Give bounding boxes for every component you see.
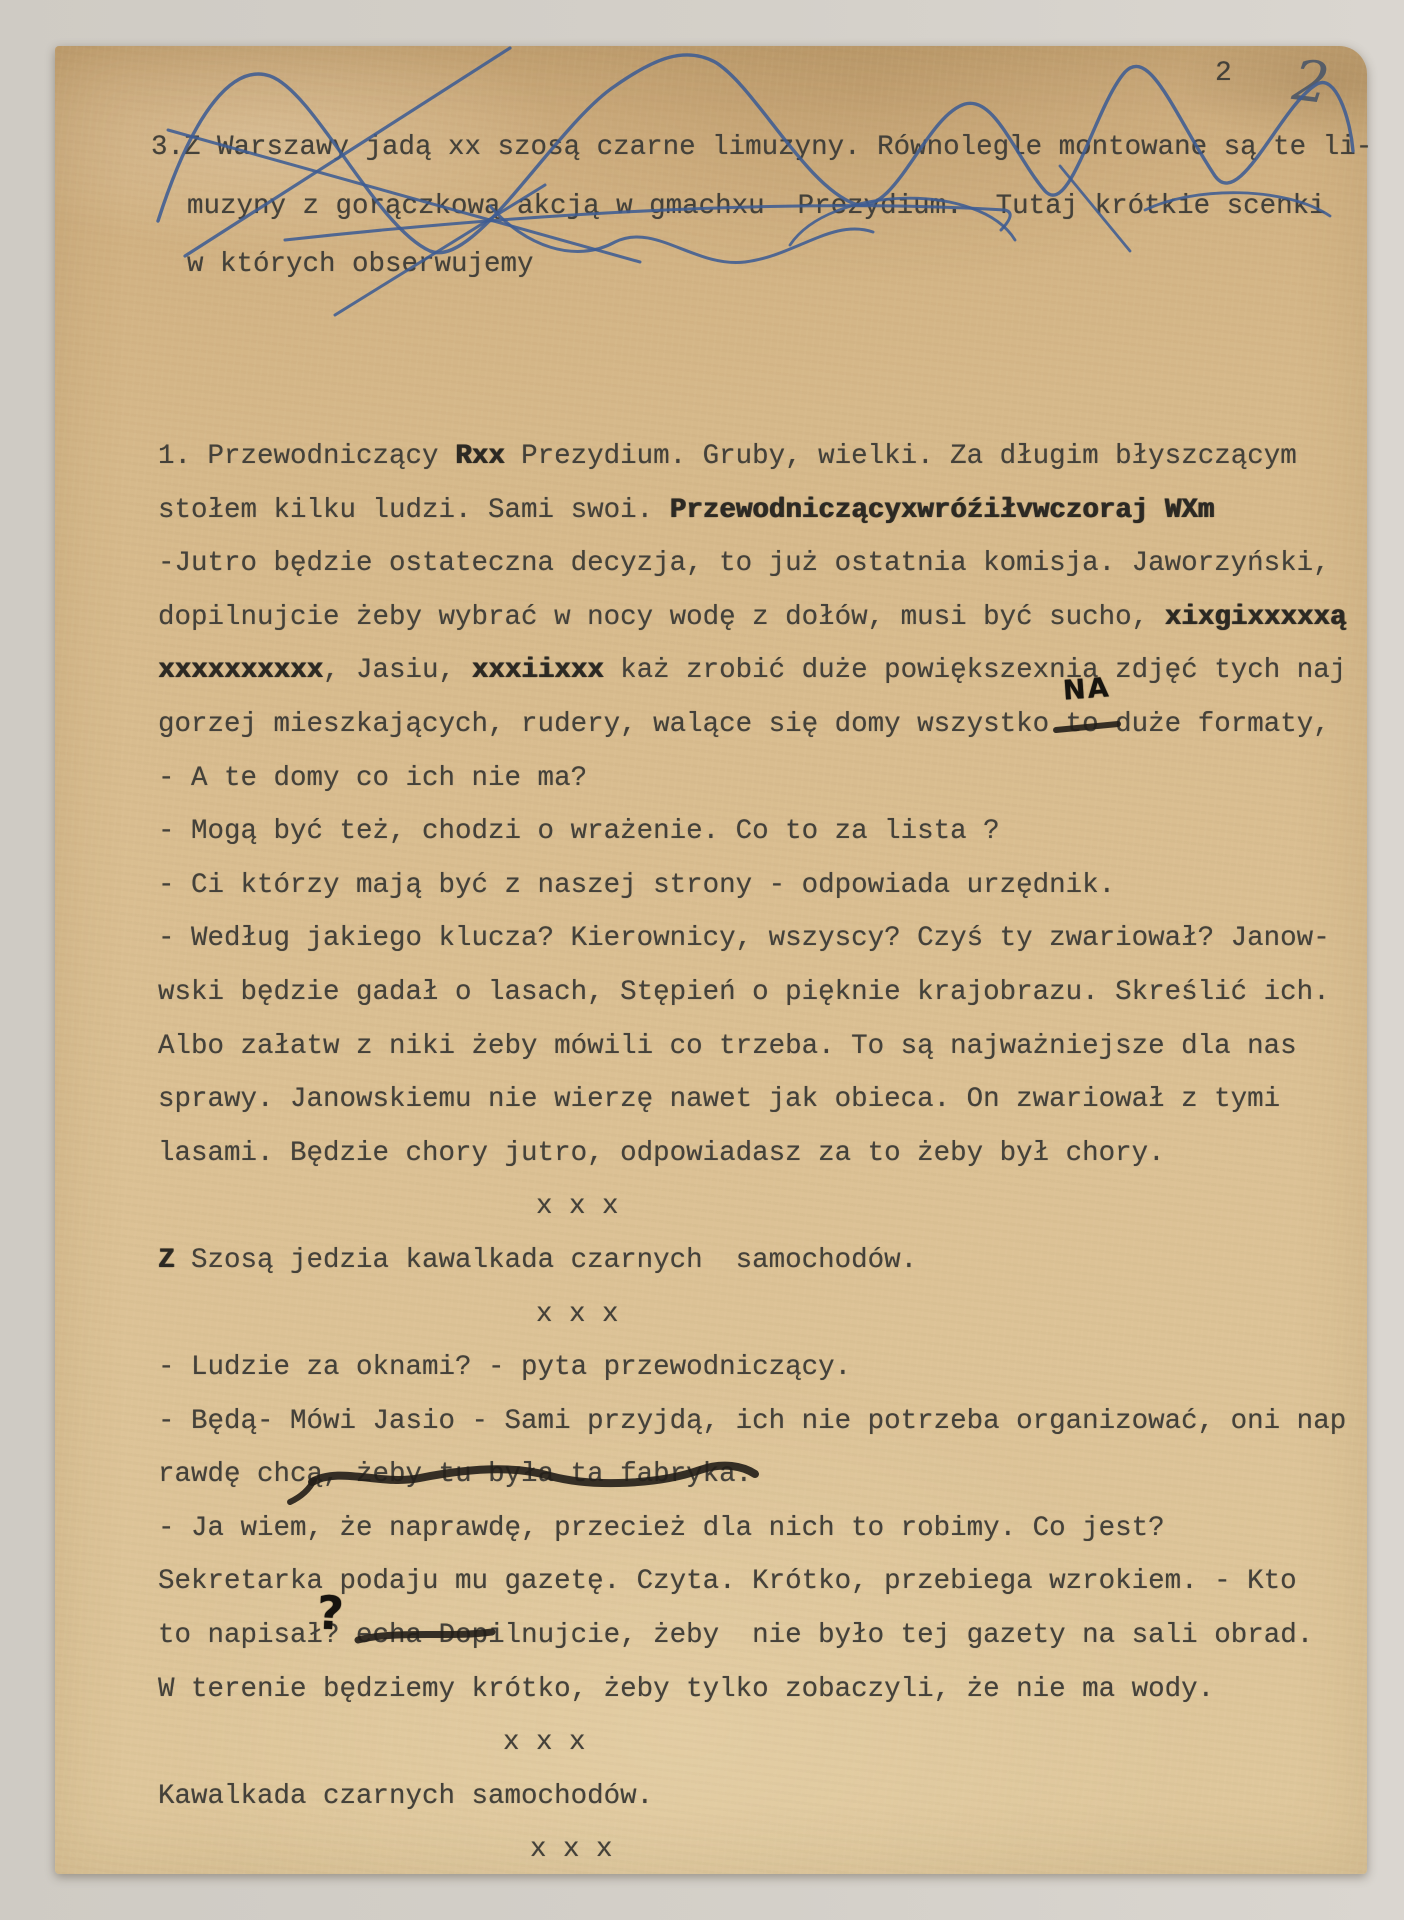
typed-line: sprawy. Janowskiemu nie wierzę nawet jak… [158,1084,1346,1138]
separator-xxx: x x x [158,1834,1346,1888]
typed-segment: , Jasiu, [323,655,472,686]
overtyped-segment: Z [158,1245,175,1276]
typed-line: wski będzie gadał o lasach, Stępień o pi… [158,977,1346,1031]
typed-segment: każ zrobić duże powiększexnia zdjęć tych… [604,655,1347,686]
typed-line: - A te domy co ich nie ma? [158,763,1346,817]
typed-segment: stołem kilku ludzi. Sami swoi. [158,495,670,526]
typed-line: rawdę chcą, żeby tu była ta fabryka. [158,1459,1346,1513]
overtyped-segment: xxxxxxxxxx [158,655,323,686]
typed-segment: dopilnujcie żeby wybrać w nocy wodę z do… [158,602,1165,633]
typed-segment: Dopilnujcie, żeby nie było tej gazety na… [422,1620,1313,1651]
typed-line: - Według jakiego klucza? Kierownicy, wsz… [158,923,1346,977]
typed-line: lasami. Będzie chory jutro, odpowiadasz … [158,1138,1346,1192]
intro-paragraph: 3.Z Warszawy jadą xx szosą czarne limuzy… [151,132,1372,308]
handwritten-page-number: 2 [1289,48,1332,117]
typed-segment: 1. Przewodniczący [158,441,455,472]
typed-line: - Ci którzy mają być z naszej strony - o… [158,870,1346,924]
handwritten-question-mark: ? [316,1585,345,1640]
typed-segment: rawdę chcą, [158,1459,356,1490]
typed-segment: duże formaty, [1099,709,1330,740]
overtyped-segment: xxxiixxx [472,655,604,686]
typed-line: - Ja wiem, że naprawdę, przecież dla nic… [158,1513,1346,1567]
typed-line: xxxxxxxxxx, Jasiu, xxxiixxx każ zrobić d… [158,655,1346,709]
typed-segment: gorzej mieszkających, rudery, walące się… [158,709,1066,740]
typed-line: W terenie będziemy krótko, żeby tylko zo… [158,1674,1346,1728]
typed-segment: Szosą jedzia kawalkada czarnych samochod… [175,1245,918,1276]
typed-segment: Prezydium. Gruby, wielki. Za długim błys… [505,441,1297,472]
typed-line: dopilnujcie żeby wybrać w nocy wodę z do… [158,602,1346,656]
typed-line: Kawalkada czarnych samochodów. [158,1781,1346,1835]
overtyped-segment: Przewodniczącyxwróźiłvwczoraj WXm [670,495,1215,526]
paper: 2 2 3.Z Warszawy jadą xx szosą czarne li… [55,46,1367,1874]
body-paragraph: 1. Przewodniczący Rxx Prezydium. Gruby, … [158,441,1346,1888]
separator-xxx: x x x [158,1299,1346,1353]
overtyped-segment: xixgixxxxxą [1165,602,1347,633]
typed-line: muzyny z gorączkową akcją w gmachxu Prez… [151,191,1372,250]
typed-line: stołem kilku ludzi. Sami swoi. Przewodni… [158,495,1346,549]
typed-line: - Będą- Mówi Jasio - Sami przyjdą, ich n… [158,1406,1346,1460]
separator-xxx: x x x [158,1191,1346,1245]
typed-line: 3.Z Warszawy jadą xx szosą czarne limuzy… [151,132,1372,191]
typed-line: 1. Przewodniczący Rxx Prezydium. Gruby, … [158,441,1346,495]
typed-line: Z Szosą jedzia kawalkada czarnych samoch… [158,1245,1346,1299]
typed-line: - Ludzie za oknami? - pyta przewodnicząc… [158,1352,1346,1406]
pen-struck-segment: żeby tu była ta fabryka. [356,1459,752,1490]
handwritten-na-insertion: NA [1062,672,1112,706]
pen-struck-segment: to [1066,709,1099,740]
typed-line: -Jutro będzie ostateczna decyzja, to już… [158,548,1346,602]
typed-line: - Mogą być też, chodzi o wrażenie. Co to… [158,816,1346,870]
typed-line: Albo załatw z niki żeby mówili co trzeba… [158,1031,1346,1085]
overtyped-segment: Rxx [455,441,505,472]
typed-line: gorzej mieszkających, rudery, walące się… [158,709,1346,763]
pen-struck-segment: echa [356,1620,422,1651]
typed-line: w których obserwujemy [151,249,1372,308]
page-number: 2 [1215,58,1232,89]
separator-xxx: x x x [158,1727,1346,1781]
